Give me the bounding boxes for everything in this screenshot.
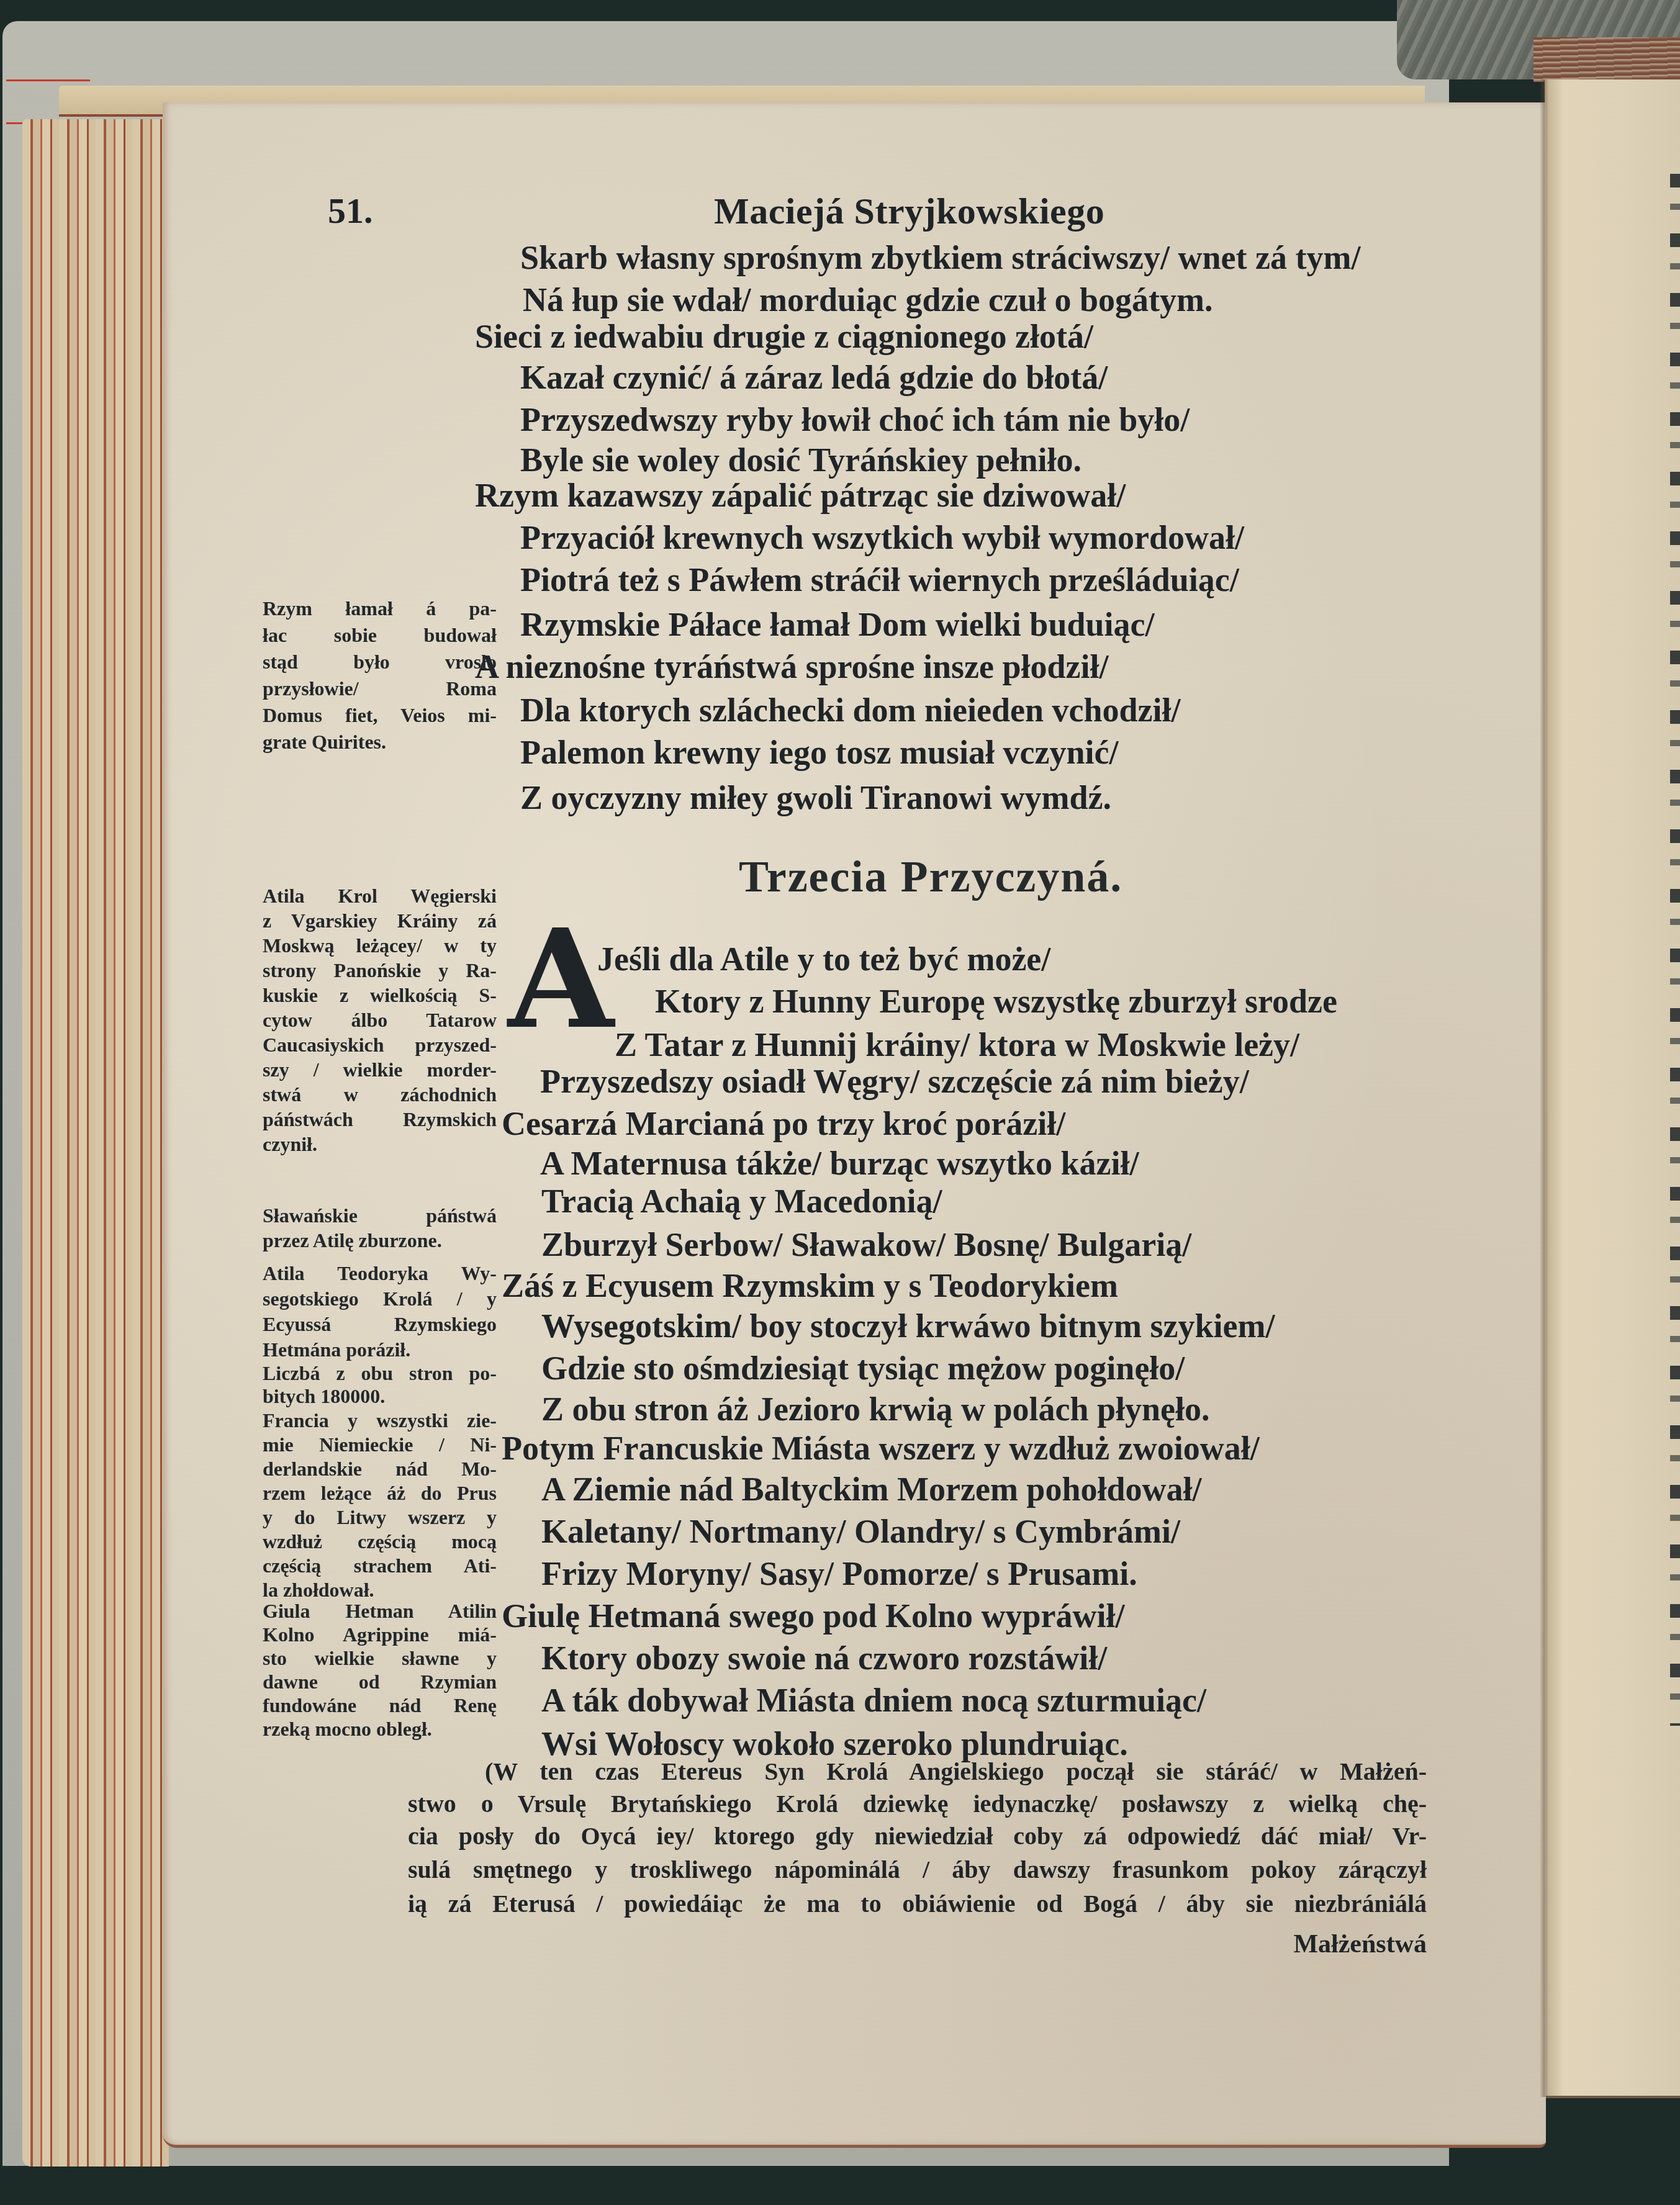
verse-line: Frizy Moryny/ Sasy/ Pomorze/ s Prusami. <box>541 1555 1137 1592</box>
verse-line: Rzym kazawszy zápalić pátrząc sie dziwow… <box>475 477 1126 514</box>
verse-line: Z obu stron áż Jezioro krwią w polách pł… <box>541 1391 1210 1428</box>
verse-line: Ktory z Hunny Europę wszystkę zburzył sr… <box>655 983 1337 1020</box>
verse-line: Z oyczyzny miłey gwoli Tiranowi wymdź. <box>520 779 1111 816</box>
marginal-note: Liczbá z obu stron po- bitych 180000. <box>263 1362 497 1408</box>
drop-cap: A <box>508 911 614 1047</box>
verse-line: Dla ktorych szláchecki dom nieieden vcho… <box>520 692 1180 729</box>
note-line: Domus fiet, Veios mi- <box>263 702 497 729</box>
note-line: Hetmána poráził. <box>263 1337 497 1363</box>
note-line: Francia y wszystki zie- <box>263 1409 497 1433</box>
verse-line: Skarb własny sprośnym zbytkiem stráciwsz… <box>520 239 1360 276</box>
verse-line: Z Tatar z Hunnij kráiny/ ktora w Moskwie… <box>615 1026 1299 1063</box>
verse-line: Kazał czynić/ á záraz ledá gdzie do błot… <box>520 359 1108 396</box>
verse-line: A ták dobywał Miásta dniem nocą szturmui… <box>541 1682 1206 1719</box>
note-line: rzeką mocno obległ. <box>263 1717 497 1741</box>
note-line: strony Panońskie y Ra- <box>263 958 497 983</box>
note-line: mie Niemieckie / Ni- <box>263 1433 497 1457</box>
note-line: rzem leżące áż do Prus <box>263 1481 497 1505</box>
verse-line: Przyszedwszy ryby łowił choć ich tám nie… <box>520 401 1190 438</box>
marginal-note: Francia y wszystki zie- mie Niemieckie /… <box>263 1409 497 1602</box>
note-line: Caucasiyskich przyszed- <box>263 1032 497 1057</box>
stacked-page-edges <box>22 119 169 2167</box>
verse-line: Kaletany/ Nortmany/ Olandry/ s Cymbrámi/ <box>541 1513 1180 1550</box>
footnote-line: sulá smętnego y troskliwego nápominálá /… <box>408 1856 1427 1884</box>
verse-line: Giulę Hetmaná swego pod Kolno wypráwił/ <box>502 1597 1125 1635</box>
note-line: cytow álbo Tatarow <box>263 1008 497 1032</box>
verse-line: Byle sie woley dosić Tyráńskiey pełniło. <box>520 441 1082 479</box>
note-line: kuskie z wielkością S- <box>263 983 497 1008</box>
note-line: Sławańskie páństwá <box>263 1203 497 1228</box>
footnote-line: (W ten czas Etereus Syn Krolá Angielskie… <box>485 1757 1427 1786</box>
marginal-note: Giula Hetman Atilin Kolno Agrippine miá-… <box>263 1599 497 1741</box>
verse-line: Wysegotskim/ boy stoczył krwáwo bitnym s… <box>541 1307 1275 1345</box>
verse-line: Przyaciół krewnych wszytkich wybił wymor… <box>520 519 1244 556</box>
note-line: Atila Teodoryka Wy- <box>263 1261 497 1286</box>
note-line: bitych 180000. <box>263 1385 497 1408</box>
cover-red-rule <box>6 79 90 81</box>
footnote-line: cia posły do Oycá iey/ ktorego gdy niewi… <box>408 1822 1427 1851</box>
note-line: czynił. <box>263 1132 497 1157</box>
note-line: páństwách Rzymskich <box>263 1107 497 1132</box>
note-line: Moskwą leżącey/ w ty <box>263 933 497 958</box>
verse-line: Przyszedszy osiadł Węgry/ szczęście zá n… <box>540 1063 1249 1100</box>
note-line: segotskiego Krolá / y <box>263 1286 497 1312</box>
note-line: Ecyussá Rzymskiego <box>263 1312 497 1337</box>
note-line: stwá w záchodnich <box>263 1082 497 1107</box>
footnote-line: stwo o Vrsulę Brytańskiego Krolá dziewkę… <box>408 1790 1427 1818</box>
verse-line: Záś z Ecyusem Rzymskim y s Teodorykiem <box>502 1267 1118 1304</box>
page-number: 51. <box>328 186 373 236</box>
marginal-note: Sławańskie páństwá przez Atilę zburzone. <box>263 1203 497 1253</box>
verse-line: Ktory obozy swoie ná czworo rozstáwił/ <box>541 1639 1107 1677</box>
catchword: Małżeństwá <box>1293 1930 1427 1959</box>
marginal-note: Atila Teodoryka Wy- segotskiego Krolá / … <box>263 1261 497 1363</box>
note-line: stąd było vrosło <box>263 649 497 675</box>
note-line: Liczbá z obu stron po- <box>263 1362 497 1385</box>
running-header: Maciejá Stryjkowskiego <box>714 186 1104 236</box>
verse-line: A Ziemie nád Baltyckim Morzem pohołdował… <box>541 1471 1201 1508</box>
verse-line: Potym Francuskie Miásta wszerz y wzdłuż … <box>502 1430 1260 1467</box>
note-line: y do Litwy wszerz y <box>263 1505 497 1530</box>
verse-line: A nieznośne tyráństwá sprośne insze płod… <box>475 648 1109 685</box>
note-line: łac sobie budował <box>263 622 497 649</box>
note-line: częścią strachem Ati- <box>263 1554 497 1578</box>
note-line: Atila Krol Węgierski <box>263 883 497 908</box>
facing-page-text-fragments <box>1670 174 1680 1726</box>
verse-line: Palemon krewny iego tosz musiał vczynić/ <box>520 734 1118 771</box>
verse-line: A Maternusa tákże/ burząc wszytko káził/ <box>540 1145 1139 1182</box>
verse-line: Piotrá też s Páwłem stráćił wiernych prz… <box>520 561 1239 598</box>
section-heading: Trzecia Przyczyná. <box>739 849 1122 904</box>
note-line: Giula Hetman Atilin <box>263 1599 497 1623</box>
text-block-top-edge <box>1533 37 1680 82</box>
facing-page <box>1545 79 1680 2098</box>
note-line: derlandskie nád Mo- <box>263 1457 497 1481</box>
verse-line: Cesarzá Marcianá po trzy kroć poráził/ <box>502 1105 1065 1142</box>
note-line: z Vgarskiey Kráiny zá <box>263 908 497 933</box>
note-line: dawne od Rzymian <box>263 1670 497 1693</box>
note-line: wzdłuż częścią mocą <box>263 1530 497 1554</box>
verse-line: Wsi Wołoscy wokoło szeroko plundruiąc. <box>541 1725 1128 1762</box>
verse-line: Rzymskie Páłace łamał Dom wielki buduiąc… <box>520 606 1154 643</box>
marginal-note: Atila Krol Węgierski z Vgarskiey Kráiny … <box>263 883 497 1157</box>
verse-line: Tracią Achaią y Macedonią/ <box>541 1183 942 1220</box>
verse-line: Ná łup sie wdał/ morduiąc gdzie czuł o b… <box>523 281 1213 318</box>
marginal-note: Rzym łamał á pa- łac sobie budował stąd … <box>263 595 497 755</box>
page-gutter <box>1540 79 1548 2097</box>
verse-line: Sieci z iedwabiu drugie z ciągnionego zł… <box>475 318 1093 355</box>
note-line: Rzym łamał á pa- <box>263 595 497 622</box>
verse-line: Zburzył Serbow/ Sławakow/ Bosnę/ Bulgari… <box>541 1226 1191 1263</box>
note-line: szy / wielkie morder- <box>263 1057 497 1082</box>
note-line: sto wielkie sławne y <box>263 1646 497 1670</box>
cover-red-rule <box>6 122 22 124</box>
note-line: przez Atilę zburzone. <box>263 1228 497 1253</box>
verse-line: Jeśli dla Atile y to też być może/ <box>597 940 1050 978</box>
footnote-line: ią zá Eterusá / powiedáiąc że ma to obiá… <box>408 1890 1427 1918</box>
verse-line: Gdzie sto ośmdziesiąt tysiąc mężow pogin… <box>541 1350 1185 1387</box>
note-line: przysłowie/ Roma <box>263 675 497 702</box>
note-line: grate Quirites. <box>263 729 497 755</box>
note-line: Kolno Agrippine miá- <box>263 1623 497 1646</box>
note-line: fundowáne nád Renę <box>263 1693 497 1717</box>
